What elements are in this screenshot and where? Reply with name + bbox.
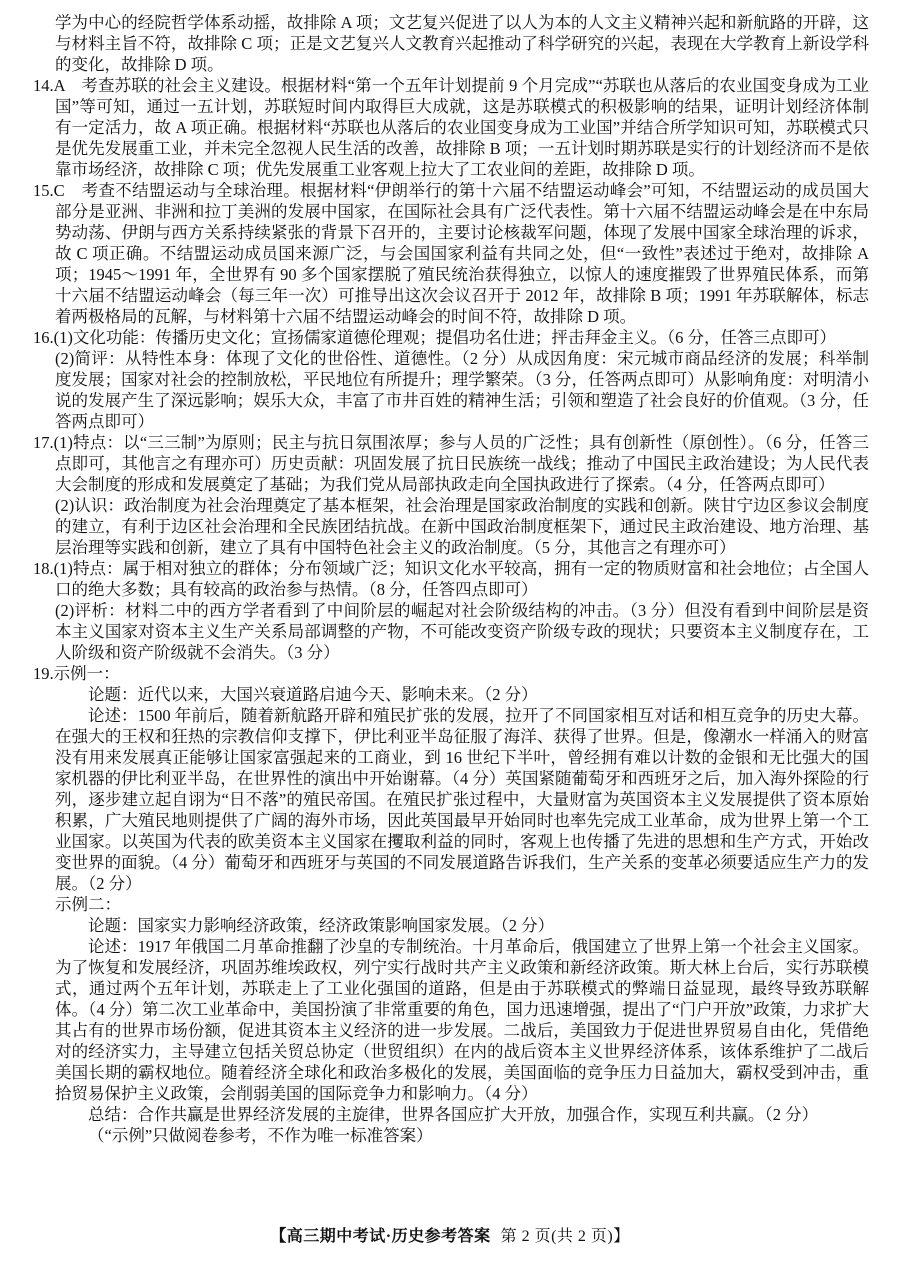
answer-17-part1: 17.(1)特点：以“三三制”为原则；民主与抗日氛围浓厚；参与人员的广泛性；具有… xyxy=(55,432,869,495)
answer-14: 14.A 考查苏联的社会主义建设。根据材料“第一个五年计划提前 9 个月完成”“… xyxy=(55,75,869,180)
answers-content: 学为中心的经院哲学体系动摇，故排除 A 项；文艺复兴促进了以人为本的人文主义精神… xyxy=(0,0,900,1146)
footer-page-number: 第 2 页(共 2 页)】 xyxy=(501,1228,630,1245)
answer-19-example2-topic: 论题：国家实力影响经济政策，经济政策影响国家发展。（2 分） xyxy=(55,915,869,936)
page-footer: 【高三期中考试·历史参考答案第 2 页(共 2 页)】 xyxy=(0,1223,900,1246)
answer-19-example1-discussion: 论述：1500 年前后，随着新航路开辟和殖民扩张的发展，拉开了不同国家相互对话和… xyxy=(55,705,869,894)
answer-18-part2: (2)评析：材料二中的西方学者看到了中间阶层的崛起对社会阶级结构的冲击。（3 分… xyxy=(55,600,869,663)
answer-19-note: （“示例”只做阅卷参考，不作为唯一标准答案） xyxy=(55,1125,869,1146)
answer-19-example2-heading: 示例二： xyxy=(55,894,869,915)
answer-sheet-page: 学为中心的经院哲学体系动摇，故排除 A 项；文艺复兴促进了以人为本的人文主义精神… xyxy=(0,0,900,1262)
answer-19-example1-topic: 论题：近代以来，大国兴衰道路启迪今天、影响未来。（2 分） xyxy=(55,684,869,705)
answer-18-part1: 18.(1)特点：属于相对独立的群体；分布领域广泛；知识文化水平较高，拥有一定的… xyxy=(55,558,869,600)
answer-16-part1: 16.(1)文化功能：传播历史文化；宣扬儒家道德伦理观；提倡功名仕进；抨击拜金主… xyxy=(55,327,869,348)
answer-15: 15.C 考查不结盟运动与全球治理。根据材料“伊朗举行的第十六届不结盟运动峰会”… xyxy=(55,180,869,327)
answer-13-continuation: 学为中心的经院哲学体系动摇，故排除 A 项；文艺复兴促进了以人为本的人文主义精神… xyxy=(55,12,869,75)
answer-19-example1-heading: 19.示例一： xyxy=(55,663,869,684)
answer-16-part2: (2)简评：从特性本身：体现了文化的世俗性、道德性。（2 分）从成因角度：宋元城… xyxy=(55,348,869,432)
answer-19-example2-discussion: 论述：1917 年俄国二月革命推翻了沙皇的专制统治。十月革命后，俄国建立了世界上… xyxy=(55,936,869,1104)
answer-17-part2: (2)认识：政治制度为社会治理奠定了基本框架，社会治理是国家政治制度的实践和创新… xyxy=(55,495,869,558)
footer-exam-title: 【高三期中考试·历史参考答案 xyxy=(270,1228,490,1245)
answer-19-summary: 总结：合作共赢是世界经济发展的主旋律，世界各国应扩大开放，加强合作，实现互利共赢… xyxy=(55,1104,869,1125)
